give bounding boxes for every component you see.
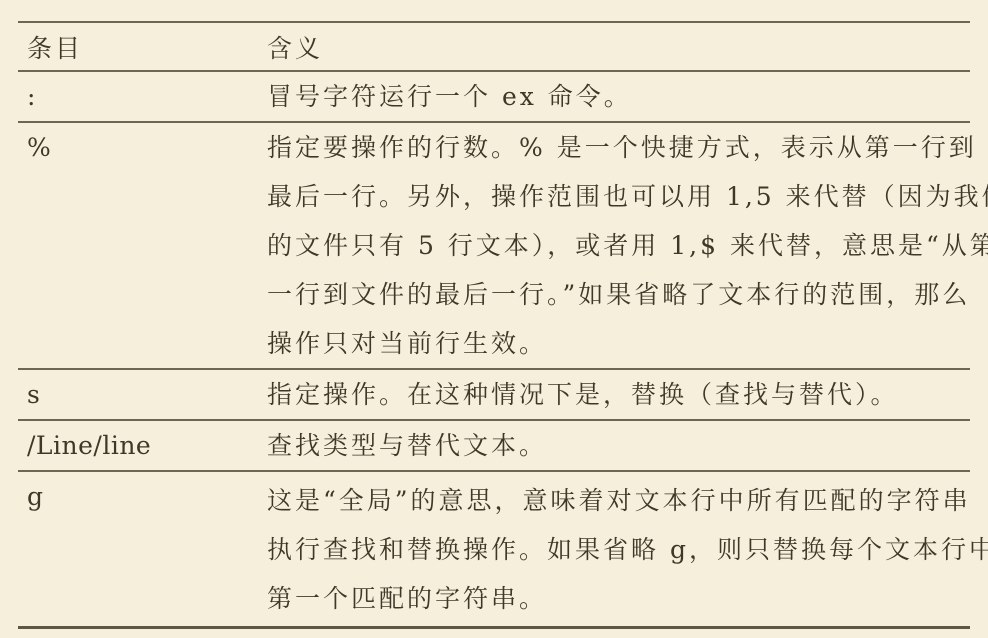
meaning-line: 这是“全局”的意思，意味着对文本行中所有匹配的字符串 [267,476,988,525]
meaning-line: 最后一行。另外，操作范围也可以用 1,5 来代替（因为我们 [267,172,988,221]
term-cell: /Line/line [18,431,267,460]
term-cell: s [18,380,267,409]
meaning-cell: 指定操作。在这种情况下是，替换（查找与替代）。 [267,370,970,419]
vi-substitute-table: 条目 含义 : 冒号字符运行一个 ex 命令。 % 指定要操作的行数。% 是一个… [18,21,970,629]
meaning-line: 操作只对当前行生效。 [267,319,988,368]
table-row: : 冒号字符运行一个 ex 命令。 [18,72,970,123]
meaning-line: 指定要操作的行数。% 是一个快捷方式，表示从第一行到 [267,123,988,172]
term-cell: % [18,123,267,172]
table-header-row: 条目 含义 [18,23,970,72]
column-header-term: 条目 [18,29,267,65]
column-header-meaning: 含义 [267,29,970,65]
meaning-cell: 查找类型与替代文本。 [267,421,970,470]
meaning-line: 执行查找和替换操作。如果省略 g，则只替换每个文本行中 [267,525,988,574]
meaning-line: 冒号字符运行一个 ex 命令。 [267,72,970,121]
table-row: g 这是“全局”的意思，意味着对文本行中所有匹配的字符串执行查找和替换操作。如果… [18,472,970,626]
table-row: /Line/line 查找类型与替代文本。 [18,421,970,472]
meaning-line: 指定操作。在这种情况下是，替换（查找与替代）。 [267,370,970,419]
meaning-line: 查找类型与替代文本。 [267,421,970,470]
book-page: 条目 含义 : 冒号字符运行一个 ex 命令。 % 指定要操作的行数。% 是一个… [0,0,988,638]
term-cell: g [18,472,267,521]
table-row: s 指定操作。在这种情况下是，替换（查找与替代）。 [18,370,970,421]
meaning-line: 一行到文件的最后一行。”如果省略了文本行的范围，那么 [267,270,988,319]
meaning-line: 第一个匹配的字符串。 [267,574,988,623]
table-row: % 指定要操作的行数。% 是一个快捷方式，表示从第一行到最后一行。另外，操作范围… [18,123,970,370]
term-cell: : [18,82,267,111]
meaning-cell: 这是“全局”的意思，意味着对文本行中所有匹配的字符串执行查找和替换操作。如果省略… [267,476,988,623]
meaning-cell: 冒号字符运行一个 ex 命令。 [267,72,970,121]
meaning-cell: 指定要操作的行数。% 是一个快捷方式，表示从第一行到最后一行。另外，操作范围也可… [267,123,988,368]
meaning-line: 的文件只有 5 行文本），或者用 1,$ 来代替，意思是“从第 [267,221,988,270]
